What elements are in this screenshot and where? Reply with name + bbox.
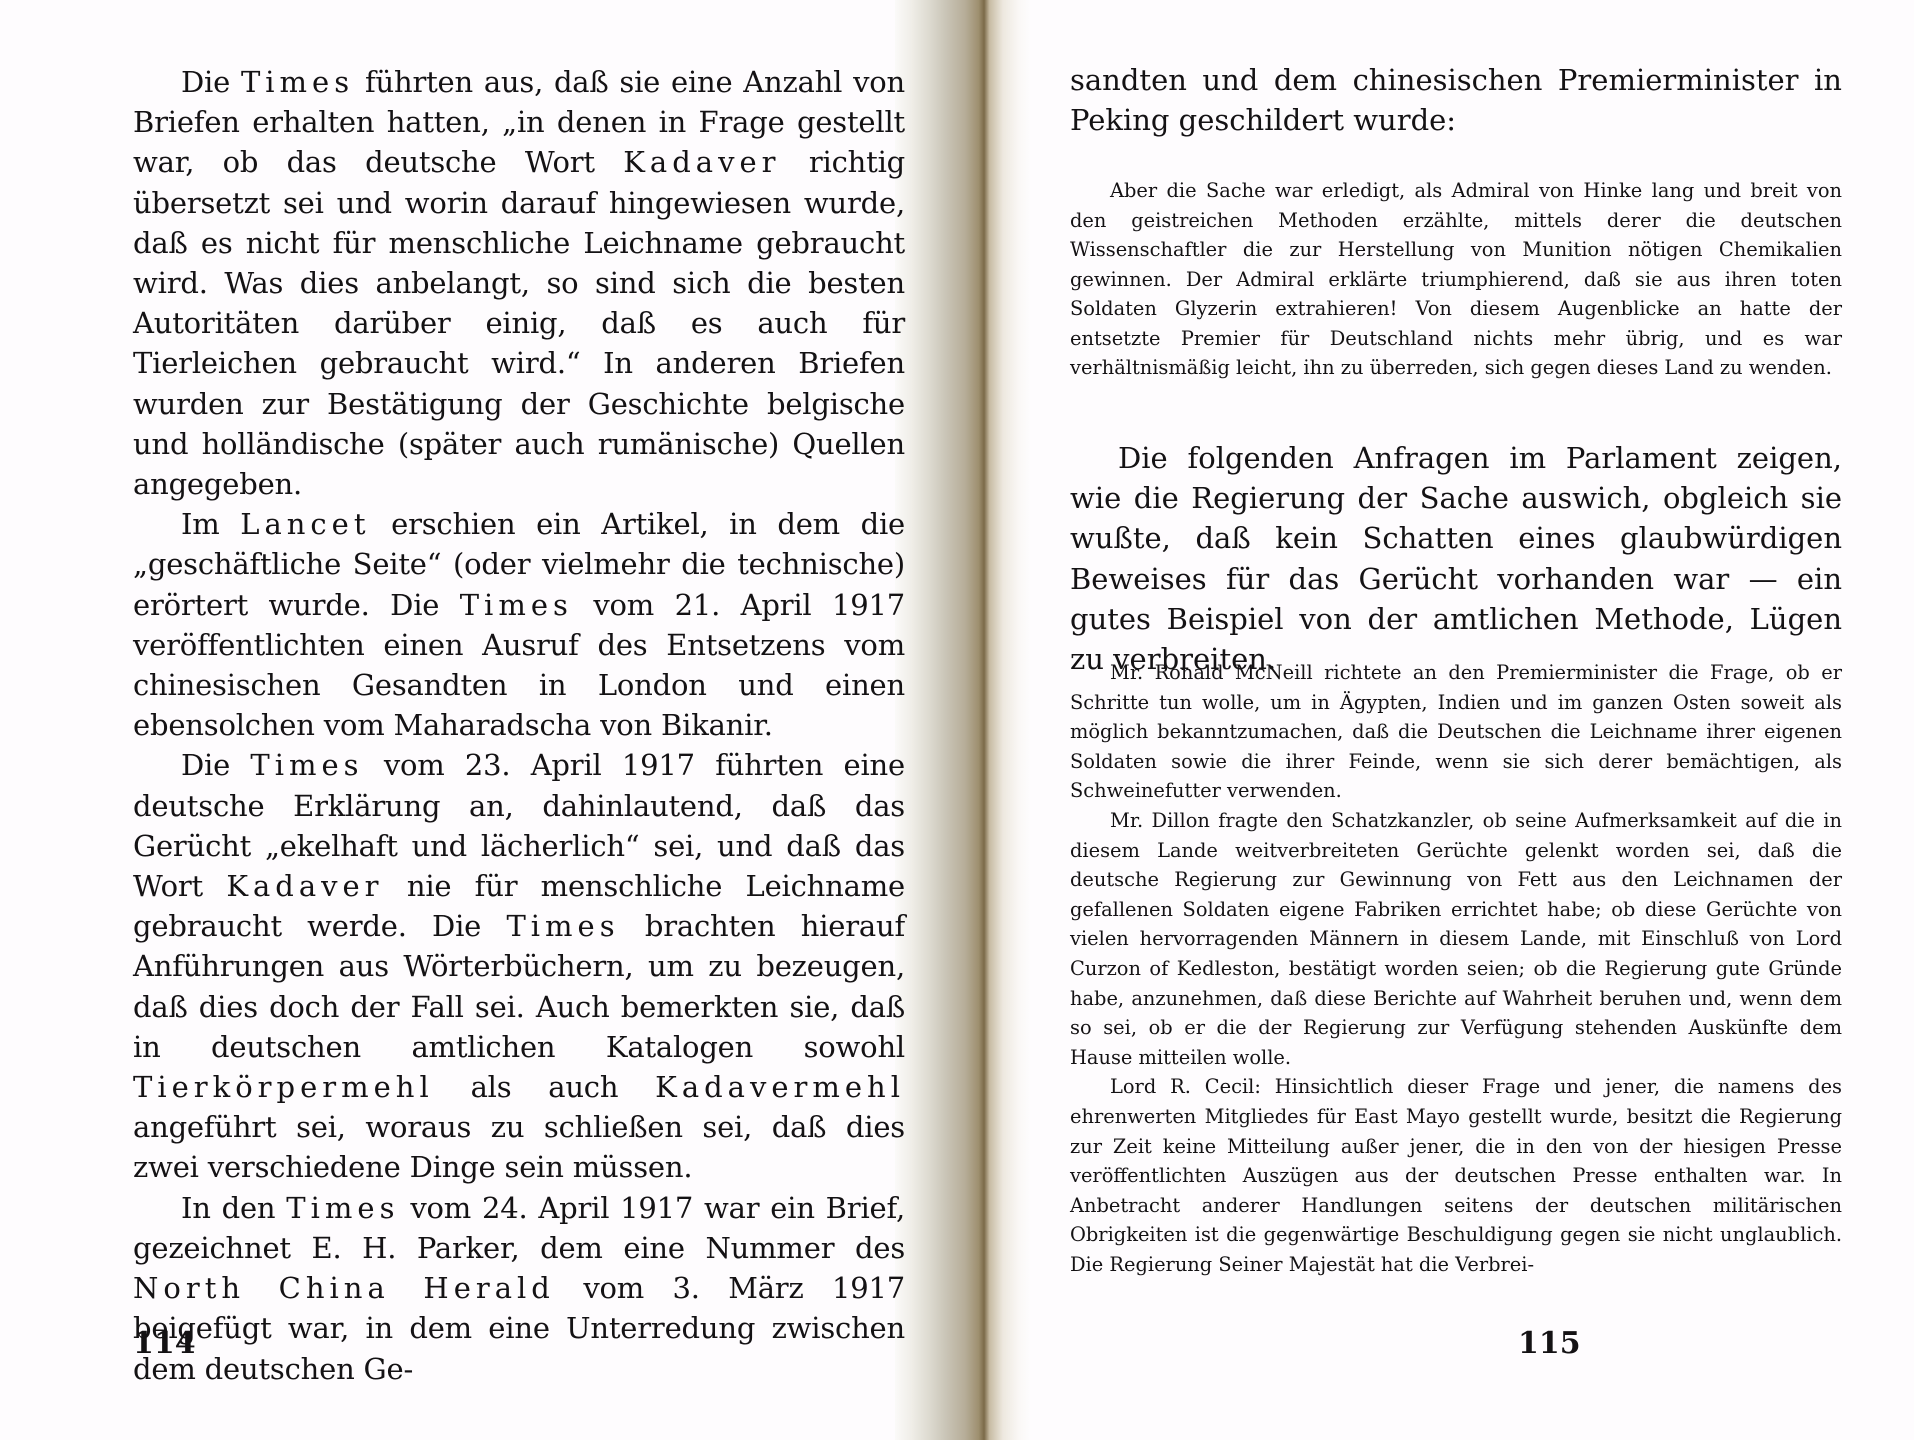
text-run: Im <box>181 507 240 541</box>
right-page-body: Die folgenden Anfragen im Parlament zeig… <box>1070 438 1842 679</box>
spaced-title: North China Herald <box>133 1271 555 1305</box>
text-run: Die <box>181 748 250 782</box>
text-run: als auch <box>434 1070 655 1104</box>
page-number-left: 114 <box>133 1326 196 1361</box>
parliament-transcript: Mr. Ronald McNeill richtete an den Premi… <box>1070 658 1842 1279</box>
spaced-title: Lancet <box>240 507 370 541</box>
book-spread: Die Times führten aus, daß sie eine Anza… <box>0 0 1914 1440</box>
transcript-paragraph: Mr. Ronald McNeill richtete an den Premi… <box>1070 658 1842 806</box>
text-run: In den <box>181 1191 286 1225</box>
spaced-term: Kadaver <box>623 145 780 179</box>
continuation-text: sandten und dem chinesischen Premiermini… <box>1070 60 1842 140</box>
paragraph: Im Lancet erschien ein Artikel, in dem d… <box>133 504 905 745</box>
paragraph: sandten und dem chinesischen Premiermini… <box>1070 60 1842 140</box>
spaced-title: Times <box>241 65 354 99</box>
book-gutter <box>895 0 1030 1440</box>
paragraph: Die Times führten aus, daß sie eine Anza… <box>133 62 905 504</box>
text-run: angeführt sei, woraus zu schließen sei, … <box>133 1110 905 1184</box>
page-number-right: 115 <box>1518 1326 1581 1361</box>
spaced-term: Tierkörpermehl <box>133 1070 434 1104</box>
transcript-paragraph: Lord R. Cecil: Hinsichtlich dieser Frage… <box>1070 1072 1842 1279</box>
paragraph: Die Times vom 23. April 1917 führten ein… <box>133 745 905 1187</box>
quote-paragraph: Aber die Sache war erledigt, als Admiral… <box>1070 176 1842 383</box>
text-run: richtig übersetzt sei und worin darauf h… <box>133 145 905 501</box>
spaced-title: Times <box>460 588 573 622</box>
spaced-term: Kadavermehl <box>655 1070 905 1104</box>
left-page-body: Die Times führten aus, daß sie eine Anza… <box>133 62 905 1389</box>
transcript-paragraph: Mr. Dillon fragte den Schatzkanzler, ob … <box>1070 806 1842 1072</box>
paragraph: In den Times vom 24. April 1917 war ein … <box>133 1188 905 1389</box>
paragraph: Die folgenden Anfragen im Parlament zeig… <box>1070 438 1842 679</box>
text-run: Die <box>181 65 241 99</box>
spaced-term: Kadaver <box>226 869 383 903</box>
spaced-title: Times <box>250 748 363 782</box>
spaced-title: Times <box>506 909 619 943</box>
block-quote: Aber die Sache war erledigt, als Admiral… <box>1070 176 1842 383</box>
spaced-title: Times <box>286 1191 399 1225</box>
